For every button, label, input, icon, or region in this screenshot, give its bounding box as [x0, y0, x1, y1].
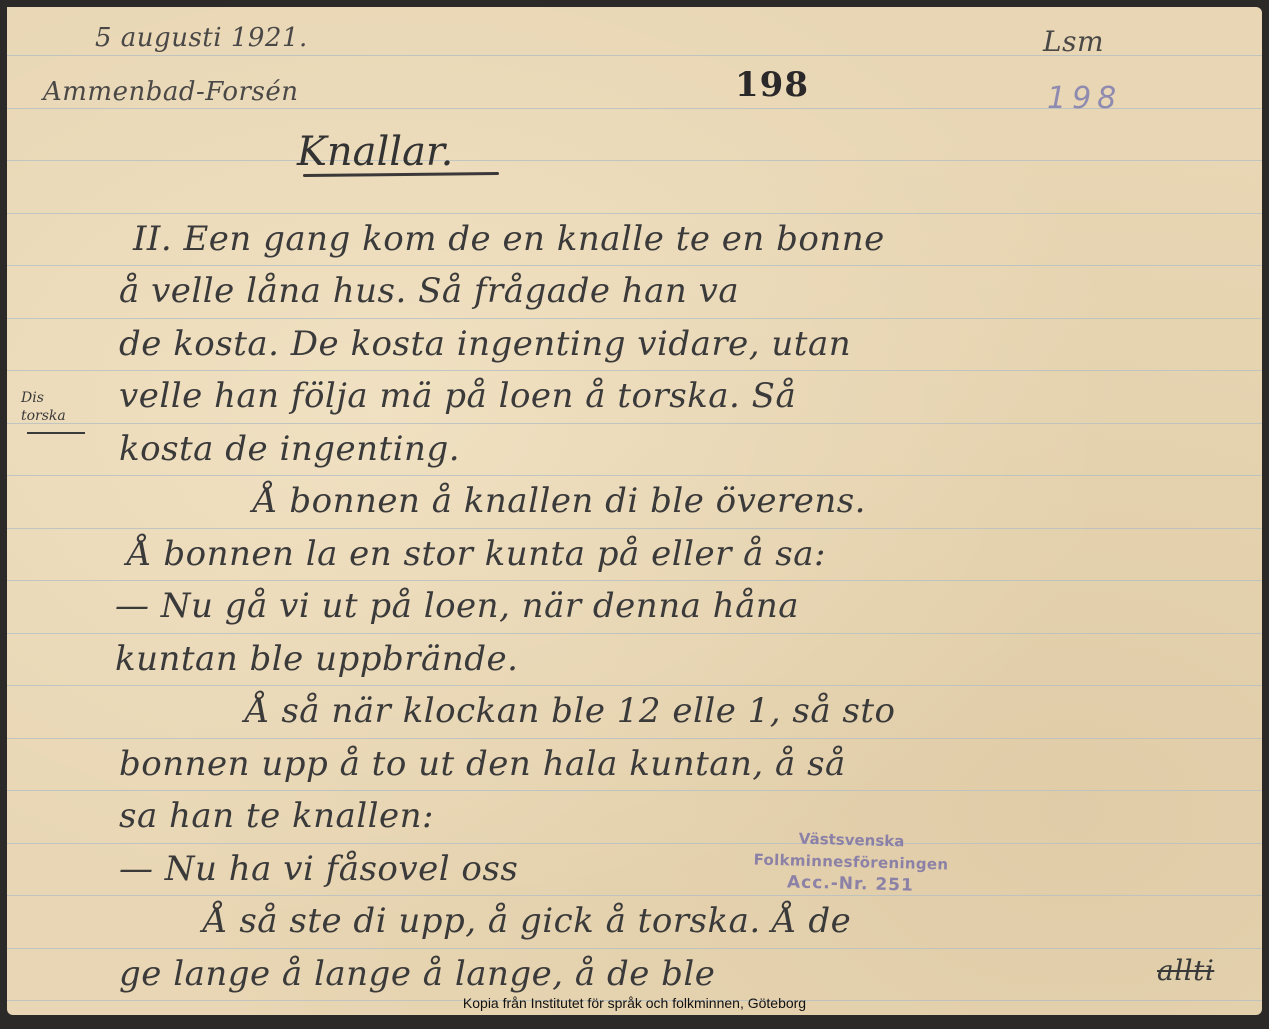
stamped-record-number: 198 — [735, 65, 809, 105]
copy-watermark: Kopia från Institutet för språk och folk… — [0, 995, 1269, 1011]
ruled-line — [7, 423, 1262, 424]
text-line-5: kosta de ingenting. — [119, 429, 460, 469]
text-line-10: Å så när klockan ble 12 elle 1, så sto — [245, 691, 895, 731]
ruled-line — [7, 790, 1262, 791]
text-line-3: de kosta. De kosta ingenting vidare, uta… — [119, 324, 851, 364]
ruled-line — [7, 265, 1262, 266]
ruled-line — [7, 475, 1262, 476]
ruled-line — [7, 685, 1262, 686]
document-title: Knallar. — [297, 129, 453, 175]
ruled-line — [7, 213, 1262, 214]
ruled-line — [7, 633, 1262, 634]
margin-note: Dis torska — [21, 389, 66, 425]
pencil-record-number: 198 — [1047, 81, 1122, 116]
text-line-12: sa han te knallen: — [119, 796, 434, 836]
struck-word: allti — [1157, 954, 1214, 987]
ruled-line — [7, 318, 1262, 319]
scan-border-bottom — [0, 1017, 1269, 1029]
signature: Lsm — [1043, 25, 1104, 58]
archive-stamp: Västsvenska Folkminnesföreningen Acc.-Nr… — [730, 826, 972, 898]
text-line-9: kuntan ble uppbrände. — [115, 639, 518, 679]
ruled-line — [7, 580, 1262, 581]
title-underline — [303, 172, 499, 177]
text-line-2: å velle låna hus. Så frågade han va — [119, 271, 739, 311]
record-date: 5 augusti 1921. — [95, 23, 308, 53]
text-line-8: — Nu gå vi ut på loen, när denna håna — [115, 586, 799, 626]
text-line-15: ge lange å lange å lange, å de ble — [119, 954, 715, 994]
record-card: 5 augusti 1921. Ammenbad-Forsén 198 Lsm … — [7, 7, 1262, 1015]
recorder-name: Ammenbad-Forsén — [43, 77, 298, 107]
margin-note-line2: torska — [21, 407, 66, 425]
ruled-line — [7, 160, 1262, 161]
margin-note-line1: Dis — [21, 389, 66, 407]
ruled-line — [7, 738, 1262, 739]
ruled-line — [7, 843, 1262, 844]
margin-note-underline — [27, 432, 85, 434]
text-line-11: bonnen upp å to ut den hala kuntan, å så — [119, 744, 846, 784]
text-line-1: II. Een gang kom de en knalle te en bonn… — [133, 219, 885, 259]
ruled-line — [7, 528, 1262, 529]
text-line-14: Å så ste di upp, å gick å torska. Å de — [203, 901, 851, 941]
ruled-line — [7, 370, 1262, 371]
ruled-line — [7, 895, 1262, 896]
text-line-6: Å bonnen å knallen di ble överens. — [253, 481, 866, 521]
text-line-13: — Nu ha vi fåsovel oss — [119, 849, 518, 889]
ruled-line — [7, 948, 1262, 949]
text-line-7: Å bonnen la en stor kunta på eller å sa: — [127, 534, 826, 574]
text-line-4: velle han följa mä på loen å torska. Så — [119, 376, 796, 416]
